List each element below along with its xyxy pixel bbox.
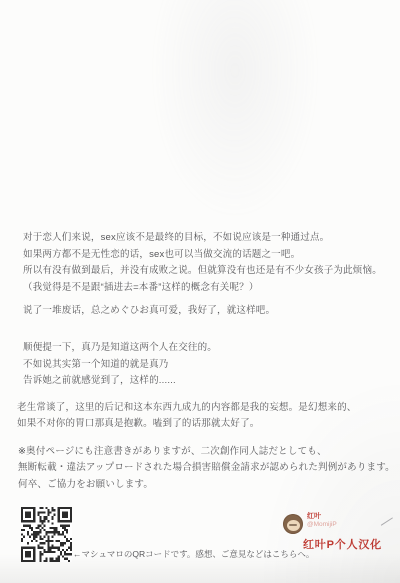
afterword-paragraph-disclaimer: 老生常谈了，这里的后记和这本东西九成九的内容都是我的妄想。是幻想来的、 如果不对…	[17, 400, 357, 432]
scanned-afterword-page: 对于恋人们来说，sex应该不是最终的目标，不如说应该是一种通过点。 如果两方都不…	[0, 0, 400, 583]
qr-caption: ←マシュマロのQRコードです。感想、ご意見などはこちらへ。	[73, 548, 314, 560]
translator-avatar	[283, 514, 303, 534]
afterword-line: 顺便提一下，真乃是知道这两个人在交往的。	[23, 340, 217, 357]
translator-handle: @MomijiP	[307, 521, 337, 528]
afterword-paragraph-summary: 说了一堆废话，总之めぐひお真可爱，我好了，就这样吧。	[23, 303, 275, 320]
afterword-paragraph-sex-talk: 对于恋人们来说，sex应该不是最终的目标，不如说应该是一种通过点。 如果两方都不…	[23, 230, 382, 296]
afterword-line: 告诉她之前就感觉到了，这样的......	[23, 373, 217, 390]
afterword-paragraph-legal-notice: ※奥付ページにも注意書きがありますが、二次創作同人誌だとしても、 無断転載・違法…	[18, 444, 395, 493]
afterword-line: 所以有没有做到最后，并没有成败之说。但就算没有也还是有不少女孩子为此烦恼。	[23, 263, 382, 280]
afterword-line: 如果不对你的胃口那真是抱歉。嗑到了的话那就太好了。	[17, 416, 357, 432]
afterword-line: 老生常谈了，这里的后记和这本东西九成九的内容都是我的妄想。是幻想来的、	[17, 400, 357, 416]
translator-name: 红叶	[307, 511, 321, 521]
pen-mark	[381, 517, 393, 526]
afterword-paragraph-mano: 顺便提一下，真乃是知道这两个人在交往的。 不如说其实第一个知道的就是真乃 告诉她…	[23, 340, 217, 390]
qr-code	[21, 507, 72, 562]
afterword-line: 不如说其实第一个知道的就是真乃	[23, 357, 217, 374]
afterword-line: （我觉得是不是跟“插进去=本番”这样的概念有关呢？）	[23, 280, 382, 297]
translator-credit: 红叶P个人汉化	[303, 536, 382, 552]
afterword-line: 说了一堆废话，总之めぐひお真可爱，我好了，就这样吧。	[23, 303, 275, 320]
afterword-line: 何卒、ご協力をお願いします。	[18, 477, 395, 493]
afterword-line: 無断転載・違法アップロードされた場合損害賠償金請求が認められた判例があります。	[18, 460, 395, 476]
afterword-line: 对于恋人们来说，sex应该不是最终的目标，不如说应该是一种通过点。	[23, 230, 382, 247]
afterword-line: ※奥付ページにも注意書きがありますが、二次創作同人誌だとしても、	[18, 444, 395, 460]
afterword-line: 如果两方都不是无性恋的话，sex也可以当做交流的话题之一吧。	[23, 247, 382, 264]
